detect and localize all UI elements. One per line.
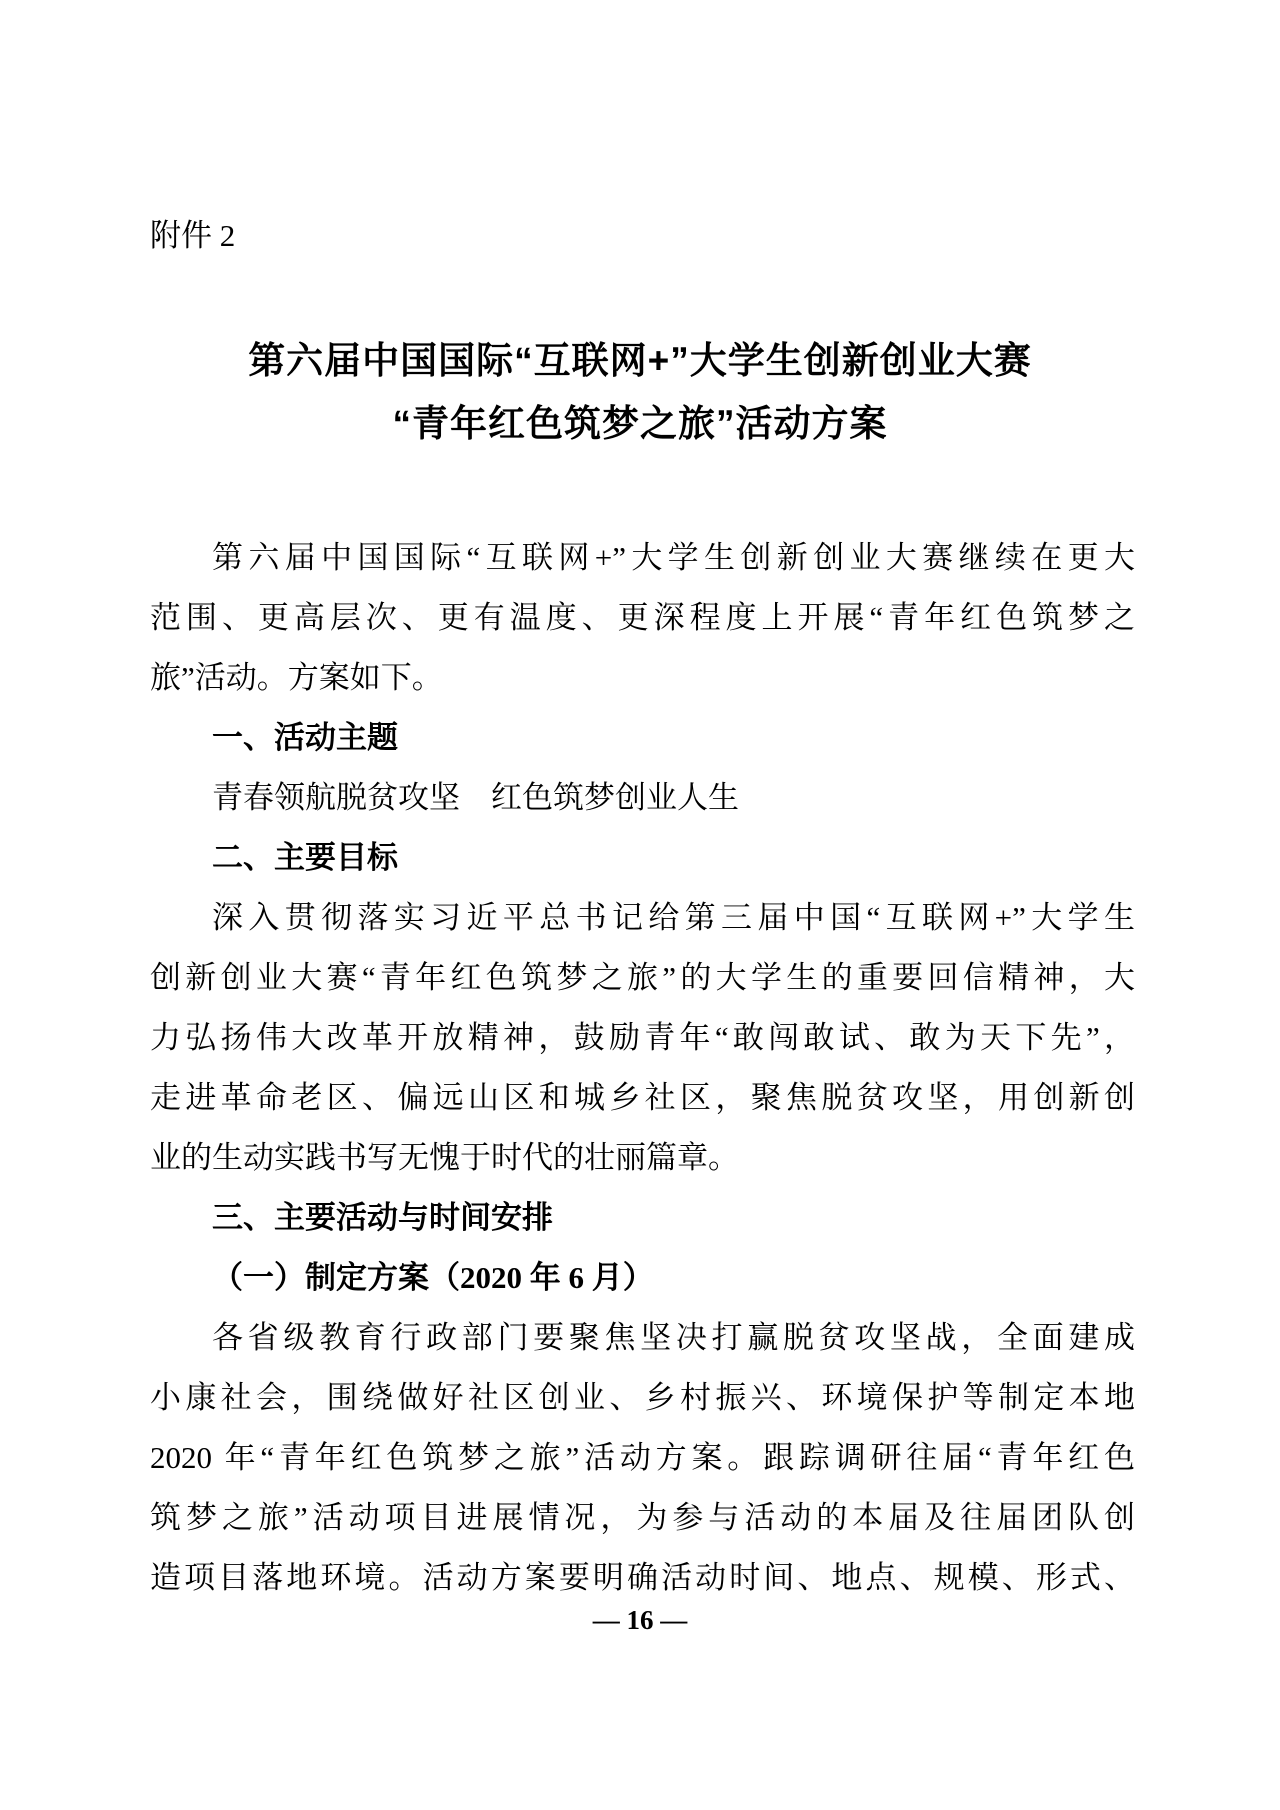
paragraph-line: 小康社会，围绕做好社区创业、乡村振兴、环境保护等制定本地	[150, 1368, 1135, 1428]
paragraph-line: 深入贯彻落实习近平总书记给第三届中国“互联网+”大学生	[150, 888, 1135, 948]
paragraph-line: 业的生动实践书写无愧于时代的壮丽篇章。	[150, 1128, 1135, 1188]
paragraph-line: 各省级教育行政部门要聚焦坚决打赢脱贫攻坚战，全面建成	[150, 1308, 1135, 1368]
subsection-heading-plan: （一）制定方案（2020 年 6 月）	[150, 1248, 1135, 1308]
paragraph-line: 造项目落地环境。活动方案要明确活动时间、地点、规模、形式、	[150, 1548, 1135, 1608]
theme-line: 青春领航脱贫攻坚 红色筑梦创业人生	[150, 768, 1135, 828]
paragraph-line: 走进革命老区、偏远山区和城乡社区，聚焦脱贫攻坚，用创新创	[150, 1068, 1135, 1128]
paragraph-line: 创新创业大赛“青年红色筑梦之旅”的大学生的重要回信精神，大	[150, 948, 1135, 1008]
section-heading-activity-theme: 一、活动主题	[150, 708, 1135, 768]
document-body: 第六届中国国际“互联网+”大学生创新创业大赛继续在更大 范围、更高层次、更有温度…	[150, 528, 1135, 1608]
attachment-label: 附件 2	[150, 216, 235, 256]
paragraph-line: 旅”活动。方案如下。	[150, 648, 1135, 708]
paragraph-line: 第六届中国国际“互联网+”大学生创新创业大赛继续在更大	[150, 528, 1135, 588]
section-heading-main-goals: 二、主要目标	[150, 828, 1135, 888]
paragraph-line: 范围、更高层次、更有温度、更深程度上开展“青年红色筑梦之	[150, 588, 1135, 648]
doc-title-line1: 第六届中国国际“互联网+”大学生创新创业大赛	[0, 336, 1280, 386]
doc-title-line2: “青年红色筑梦之旅”活动方案	[0, 399, 1280, 449]
page-number: — 16 —	[0, 1600, 1280, 1640]
paragraph-line: 2020 年“青年红色筑梦之旅”活动方案。跟踪调研往届“青年红色	[150, 1428, 1135, 1488]
section-heading-main-activities: 三、主要活动与时间安排	[150, 1188, 1135, 1248]
paragraph-line: 筑梦之旅”活动项目进展情况，为参与活动的本届及往届团队创	[150, 1488, 1135, 1548]
document-page: 附件 2 第六届中国国际“互联网+”大学生创新创业大赛 “青年红色筑梦之旅”活动…	[0, 0, 1280, 1810]
paragraph-line: 力弘扬伟大改革开放精神，鼓励青年“敢闯敢试、敢为天下先”，	[150, 1008, 1135, 1068]
